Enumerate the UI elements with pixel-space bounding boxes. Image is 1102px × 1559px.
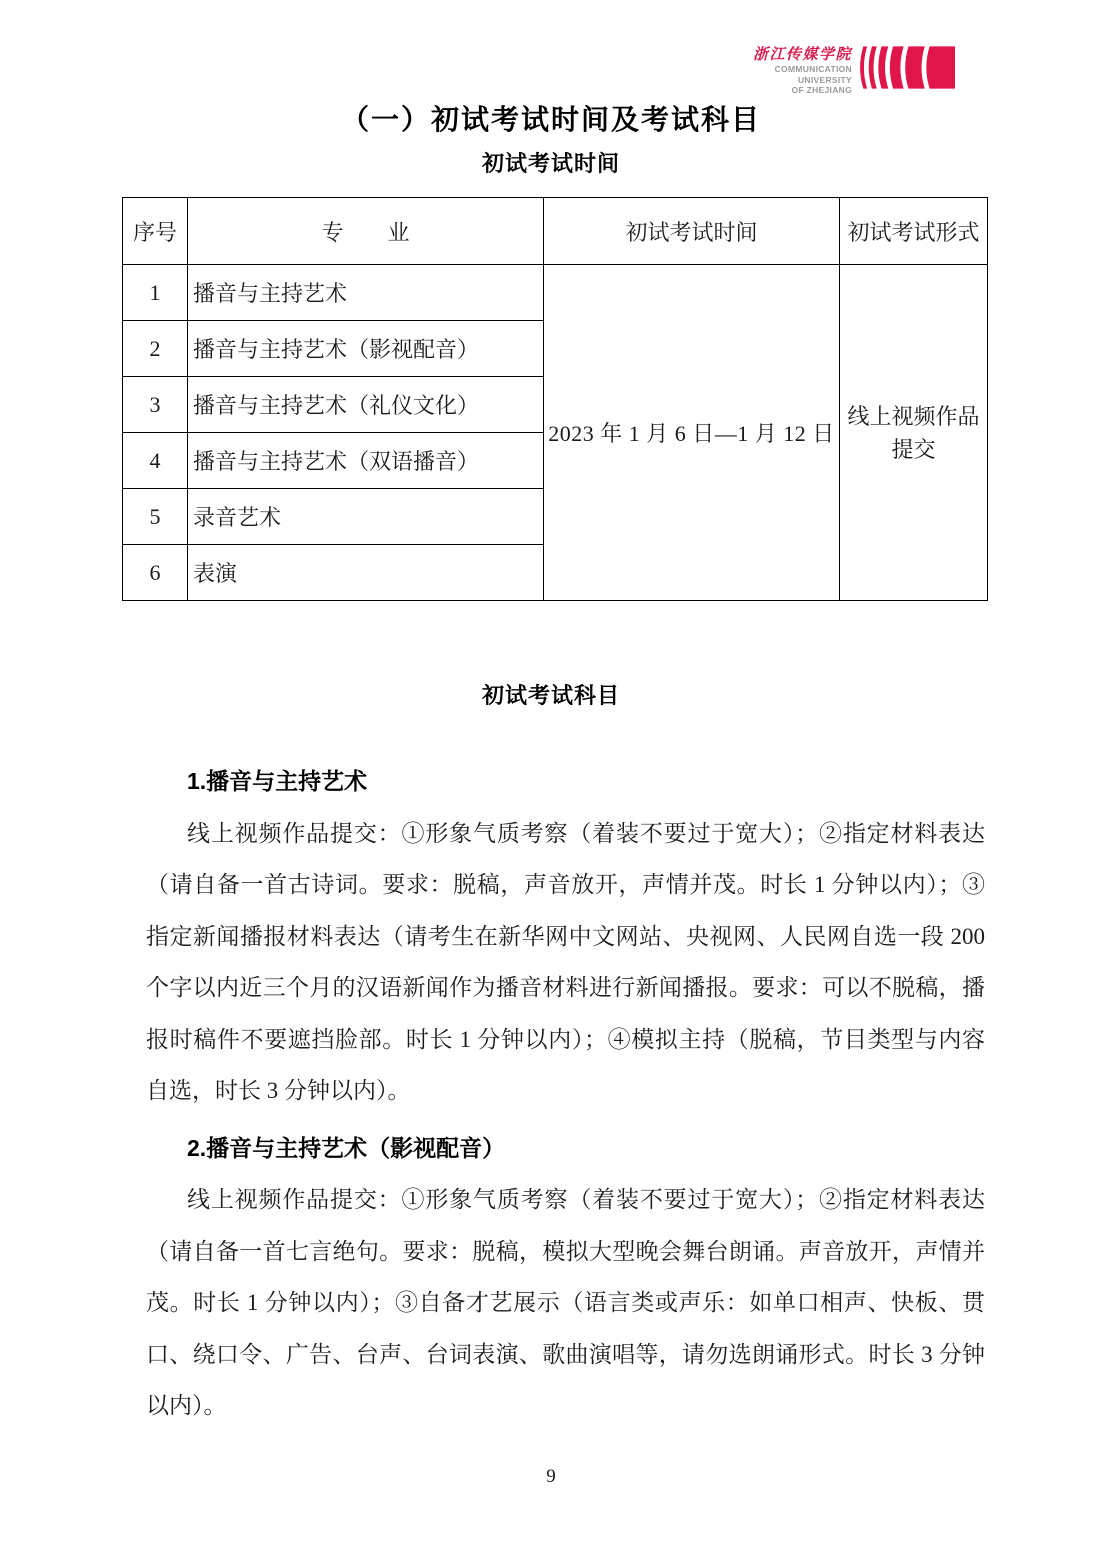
text-line: 个字以内近三个月的汉语新闻作为播音材料进行新闻播报。要求：可以不脱稿，播 [146, 962, 985, 1014]
row-number-cell: 1 [123, 265, 188, 321]
row-number-cell: 4 [123, 433, 188, 489]
logo-en-name: COMMUNICATION UNIVERSITY OF ZHEJIANG [775, 64, 852, 96]
subject-2-heading: 2.播音与主持艺术（影视配音） [146, 1123, 985, 1175]
text-line: （请自备一首七言绝句。要求：脱稿，模拟大型晚会舞台朗诵。声音放开，声情并 [146, 1226, 985, 1278]
row-number-cell: 2 [123, 321, 188, 377]
subject-1-heading: 1.播音与主持艺术 [146, 756, 985, 808]
text-line: 以内）。 [146, 1380, 985, 1432]
exam-format-line: 提交 [840, 433, 987, 466]
col-header-major: 专 业 [188, 198, 544, 265]
logo-en-line: UNIVERSITY [775, 75, 852, 86]
table-header-row: 序号 专 业 初试考试时间 初试考试形式 [123, 198, 988, 265]
text-line: 报时稿件不要遮挡脸部。时长 1 分钟以内）；④模拟主持（脱稿，节目类型与内容 [146, 1014, 985, 1066]
major-cell: 播音与主持艺术 [188, 265, 544, 321]
col-header-time: 初试考试时间 [544, 198, 840, 265]
text-line: 线上视频作品提交：①形象气质考察（着装不要过于宽大）；②指定材料表达 [146, 1174, 985, 1226]
logo-cn-name: 浙江传媒学院 [753, 46, 852, 64]
text-line: （请自备一首古诗词。要求：脱稿，声音放开，声情并茂。时长 1 分钟以内）；③ [146, 859, 985, 911]
col-header-format: 初试考试形式 [840, 198, 988, 265]
text-line: 口、绕口令、广告、台声、台词表演、歌曲演唱等，请勿选朗诵形式。时长 3 分钟 [146, 1329, 985, 1381]
exam-format-cell: 线上视频作品 提交 [840, 265, 988, 601]
exam-format-line: 线上视频作品 [840, 400, 987, 433]
major-cell: 表演 [188, 545, 544, 601]
subjects-caption: 初试考试科目 [0, 679, 1102, 710]
major-cell: 录音艺术 [188, 489, 544, 545]
page-title: （一）初试考试时间及考试科目 [0, 98, 1102, 138]
exam-time-cell: 2023 年 1 月 6 日—1 月 12 日 [544, 265, 840, 601]
text-line: 线上视频作品提交：①形象气质考察（着装不要过于宽大）；②指定材料表达 [146, 808, 985, 860]
row-number-cell: 5 [123, 489, 188, 545]
major-cell: 播音与主持艺术（礼仪文化） [188, 377, 544, 433]
subjects-content: 1.播音与主持艺术 线上视频作品提交：①形象气质考察（着装不要过于宽大）；②指定… [146, 756, 985, 1432]
col-header-no: 序号 [123, 198, 188, 265]
university-logo: 浙江传媒学院 COMMUNICATION UNIVERSITY OF ZHEJI… [748, 46, 955, 96]
logo-flag-icon [859, 46, 955, 89]
major-cell: 播音与主持艺术（双语播音） [188, 433, 544, 489]
logo-text-block: 浙江传媒学院 COMMUNICATION UNIVERSITY OF ZHEJI… [748, 46, 852, 96]
logo-en-line: OF ZHEJIANG [775, 85, 852, 96]
logo-en-line: COMMUNICATION [775, 64, 852, 75]
text-line: 茂。时长 1 分钟以内）；③自备才艺展示（语言类或声乐：如单口相声、快板、贯 [146, 1277, 985, 1329]
table-caption: 初试考试时间 [0, 147, 1102, 178]
major-cell: 播音与主持艺术（影视配音） [188, 321, 544, 377]
text-line: 自选，时长 3 分钟以内）。 [146, 1065, 985, 1117]
exam-schedule-table: 序号 专 业 初试考试时间 初试考试形式 1 播音与主持艺术 2023 年 1 … [122, 197, 988, 601]
text-line: 指定新闻播报材料表达（请考生在新华网中文网站、央视网、人民网自选一段 200 [146, 911, 985, 963]
row-number-cell: 3 [123, 377, 188, 433]
table-row: 1 播音与主持艺术 2023 年 1 月 6 日—1 月 12 日 线上视频作品… [123, 265, 988, 321]
page-number: 9 [0, 1466, 1102, 1488]
row-number-cell: 6 [123, 545, 188, 601]
document-page: 浙江传媒学院 COMMUNICATION UNIVERSITY OF ZHEJI… [0, 0, 1102, 1559]
